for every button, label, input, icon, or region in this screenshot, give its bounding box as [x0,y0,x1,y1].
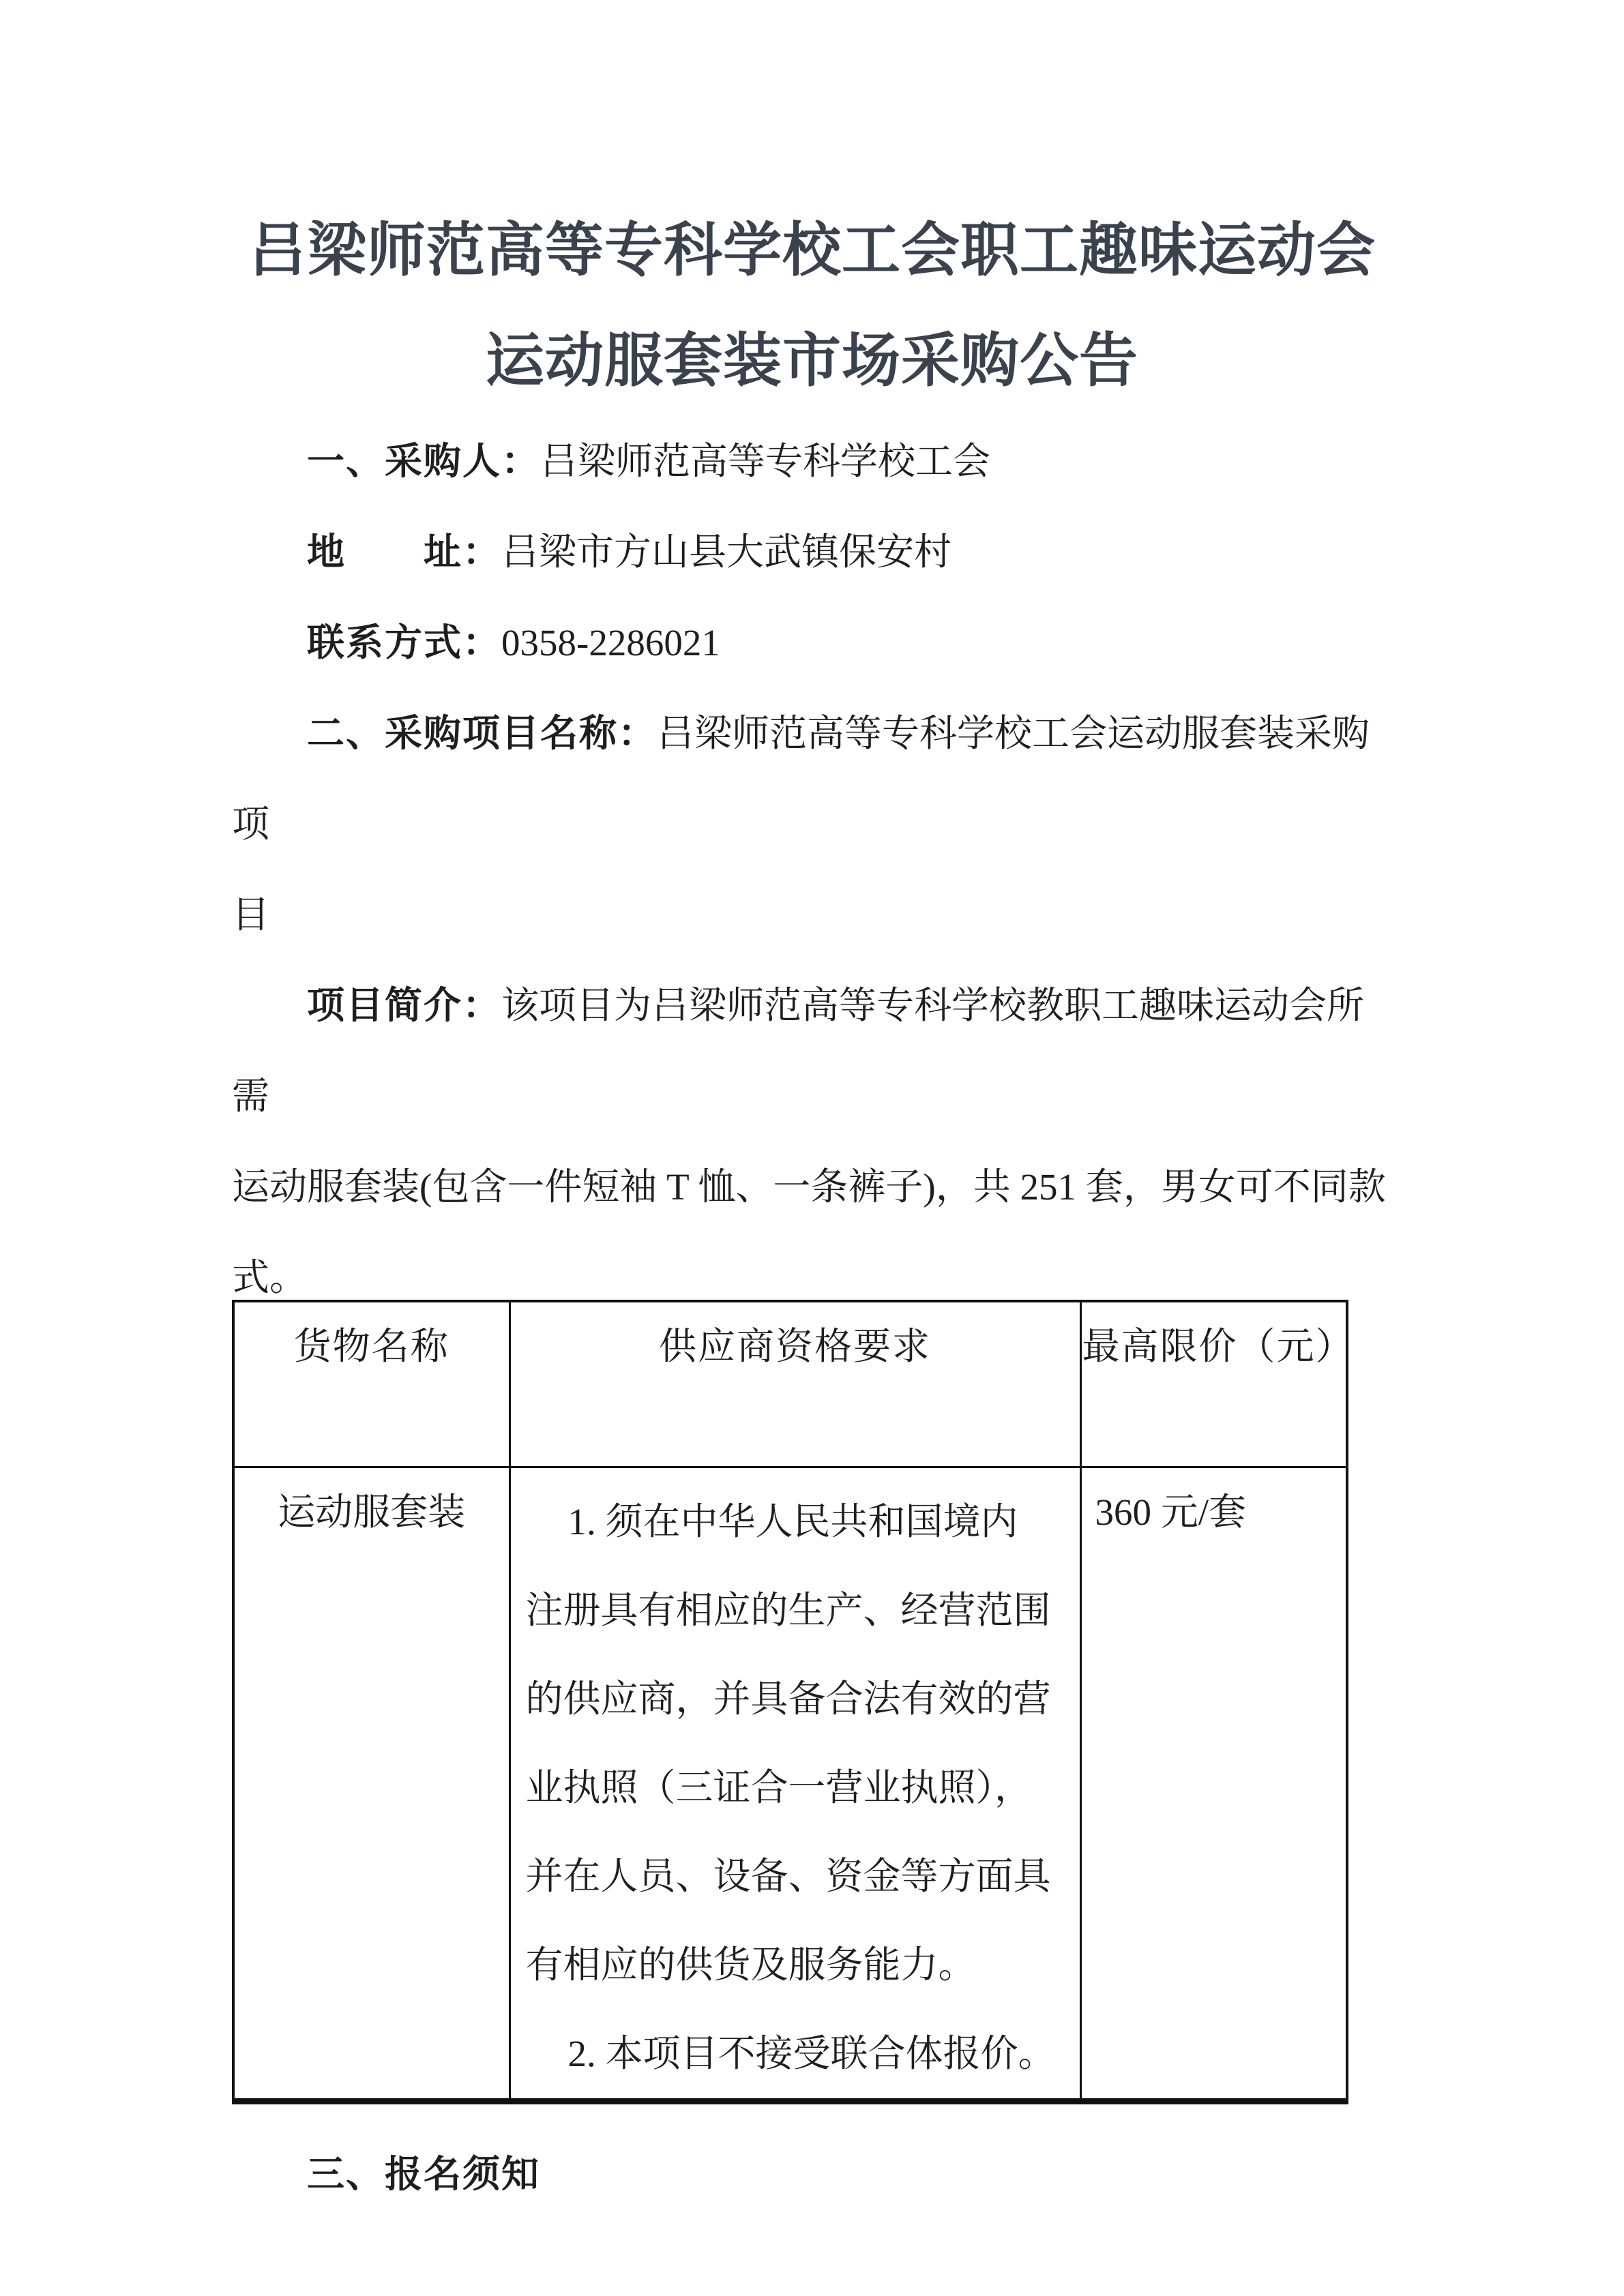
paragraph-project-name-line1: 二、采购项目名称：吕梁师范高等专科学校工会运动服套装采购项 [232,688,1400,869]
table-header-row: 货物名称 供应商资格要求 最高限价（元） [233,1301,1347,1467]
cell-supplier-requirements: 1. 须在中华人民共和国境内 注册具有相应的生产、经营范围 的供应商，并具备合法… [510,1467,1080,2102]
title-line-2: 运动服套装市场采购公告 [0,305,1624,416]
requirement-line: 1. 须在中华人民共和国境内 [526,1478,1067,1566]
requirement-line: 有相应的供货及服务能力。 [526,1921,1067,2010]
paragraph-project-intro-line2: 运动服套装(包含一件短袖 T 恤、一条裤子)，共 251 套，男女可不同款 [232,1142,1400,1232]
project-intro-value-2: 运动服套装(包含一件短袖 T 恤、一条裤子)，共 251 套，男女可不同款 [232,1166,1386,1208]
header-supplier-requirements: 供应商资格要求 [510,1301,1080,1467]
procurement-table: 货物名称 供应商资格要求 最高限价（元） 运动服套装 1. 须在中华人民共和国境… [232,1300,1348,2104]
paragraph-project-name-line2: 目 [232,869,1400,960]
document-page: 吕梁师范高等专科学校工会职工趣味运动会 运动服套装市场采购公告 一、采购人：吕梁… [0,0,1624,2296]
project-intro-value-3: 式。 [232,1257,307,1298]
address-label: 地 址： [307,531,501,573]
contact-label: 联系方式： [307,621,501,664]
contact-value: 0358-2286021 [501,622,720,664]
requirement-line: 的供应商，并具备合法有效的营 [526,1655,1067,1744]
paragraph-section3: 三、报名须知 [232,2129,1400,2220]
purchaser-value: 吕梁师范高等专科学校工会 [540,441,990,482]
project-intro-label: 项目简介： [307,984,501,1026]
table-row: 运动服套装 1. 须在中华人民共和国境内 注册具有相应的生产、经营范围 的供应商… [233,1467,1347,2102]
section3-label: 三、报名须知 [232,2153,540,2195]
paragraph-address: 地 址：吕梁市方山县大武镇保安村 [232,507,1400,597]
header-goods-name: 货物名称 [233,1301,510,1467]
cell-goods-name: 运动服套装 [233,1467,510,2102]
document-title: 吕梁师范高等专科学校工会职工趣味运动会 运动服套装市场采购公告 [0,0,1624,416]
project-name-value-2: 目 [232,894,269,936]
address-value: 吕梁市方山县大武镇保安村 [501,531,951,573]
project-name-label: 二、采购项目名称： [307,712,657,754]
header-max-price: 最高限价（元） [1080,1301,1347,1467]
title-line-1: 吕梁师范高等专科学校工会职工趣味运动会 [0,195,1624,305]
requirement-line: 并在人员、设备、资金等方面具 [526,1832,1067,1921]
cell-max-price: 360 元/套 [1080,1467,1347,2102]
document-body: 一、采购人：吕梁师范高等专科学校工会 地 址：吕梁市方山县大武镇保安村 联系方式… [232,416,1400,2220]
paragraph-project-intro-line1: 项目简介：该项目为吕梁师范高等专科学校教职工趣味运动会所需 [232,960,1400,1142]
paragraph-purchaser: 一、采购人：吕梁师范高等专科学校工会 [232,416,1400,507]
requirement-line: 注册具有相应的生产、经营范围 [526,1566,1067,1655]
requirement-line: 2. 本项目不接受联合体报价。 [526,2010,1067,2098]
paragraph-contact: 联系方式：0358-2286021 [232,597,1400,688]
requirement-line: 业执照（三证合一营业执照）， [526,1744,1067,1832]
purchaser-label: 一、采购人： [307,440,540,482]
